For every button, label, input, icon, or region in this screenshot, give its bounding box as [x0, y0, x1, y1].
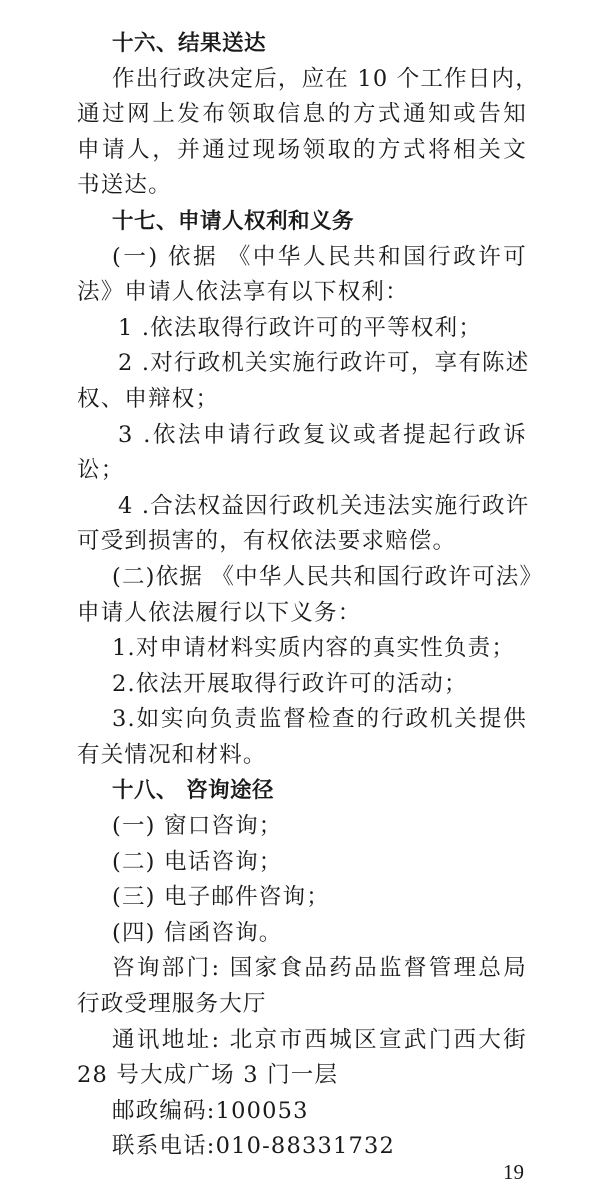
consult-department: 咨询部门: 国家食品药品监督管理总局 — [77, 951, 527, 987]
page-number: 19 — [503, 1160, 524, 1185]
paragraph-line: 通过网上发布领取信息的方式通知或告知 — [77, 97, 527, 133]
paragraph-line: 权、申辩权； — [77, 382, 527, 418]
paragraph-line: (一) 依据 《中华人民共和国行政许可 — [77, 240, 527, 276]
contact-phone: 联系电话:010-88331732 — [77, 1129, 527, 1165]
paragraph-line: (二)依据 《中华人民共和国行政许可法》 — [77, 560, 527, 596]
list-item: 4 .合法权益因行政机关违法实施行政许 — [77, 489, 527, 525]
paragraph-line: 行政受理服务大厅 — [77, 987, 527, 1023]
list-item: (四) 信函咨询。 — [77, 916, 527, 952]
postal-code: 邮政编码:100053 — [77, 1094, 527, 1130]
list-item: 3.如实向负责监督检查的行政机关提供 — [77, 702, 527, 738]
section-heading-18: 十八、 咨询途径 — [77, 773, 527, 809]
document-page: 十六、结果送达 作出行政决定后，应在 10 个工作日内， 通过网上发布领取信息的… — [77, 26, 527, 1165]
paragraph-line: 申请人，并通过现场领取的方式将相关文 — [77, 133, 527, 169]
paragraph-line: 可受到损害的，有权依法要求赔偿。 — [77, 524, 527, 560]
list-item: 2 .对行政机关实施行政许可，享有陈述 — [77, 346, 527, 382]
list-item: 3 .依法申请行政复议或者提起行政诉 — [77, 418, 527, 454]
paragraph-line: 作出行政决定后，应在 10 个工作日内， — [77, 62, 527, 98]
list-item: (一) 窗口咨询； — [77, 809, 527, 845]
list-item: 1 .依法取得行政许可的平等权利； — [77, 311, 527, 347]
list-item: (三) 电子邮件咨询； — [77, 880, 527, 916]
mailing-address: 通讯地址: 北京市西城区宣武门西大街 — [77, 1023, 527, 1059]
list-item: (二) 电话咨询； — [77, 845, 527, 881]
paragraph-line: 有关情况和材料。 — [77, 738, 527, 774]
section-heading-17: 十七、申请人权利和义务 — [77, 204, 527, 240]
list-item: 1.对申请材料实质内容的真实性负责； — [77, 631, 527, 667]
section-heading-16: 十六、结果送达 — [77, 26, 527, 62]
list-item: 2.依法开展取得行政许可的活动； — [77, 667, 527, 703]
paragraph-line: 28 号大成广场 3 门一层 — [77, 1058, 527, 1094]
paragraph-line: 申请人依法履行以下义务： — [77, 596, 527, 632]
paragraph-line: 书送达。 — [77, 168, 527, 204]
paragraph-line: 讼； — [77, 453, 527, 489]
paragraph-line: 法》申请人依法享有以下权利： — [77, 275, 527, 311]
